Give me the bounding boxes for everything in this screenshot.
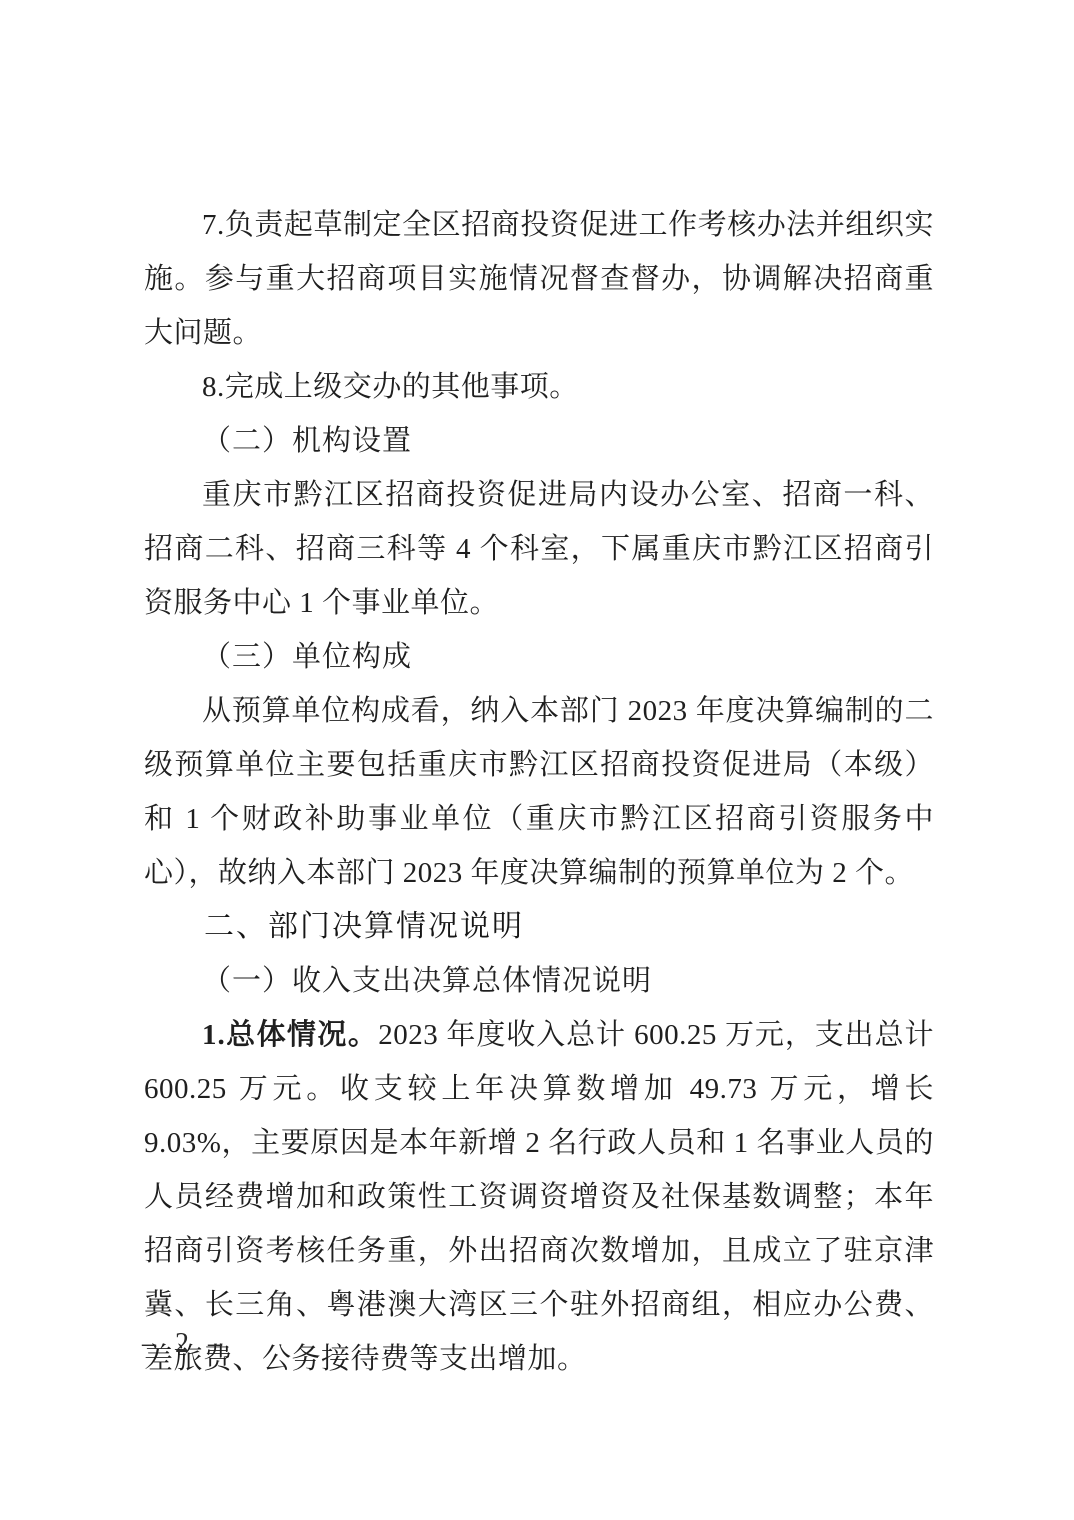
heading-unit-composition: （三）单位构成 — [144, 630, 934, 684]
paragraph-organization-setup: 重庆市黔江区招商投资促进局内设办公室、招商一科、招商二科、招商三科等 4 个科室… — [144, 468, 934, 630]
paragraph-duty-item-8: 8.完成上级交办的其他事项。 — [144, 360, 934, 414]
page-number: – 2 – — [142, 1324, 228, 1364]
heading-income-expenditure-overview: （一）收入支出决算总体情况说明 — [144, 954, 934, 1008]
document-body: 7.负责起草制定全区招商投资促进工作考核办法并组织实施。参与重大招商项目实施情况… — [144, 198, 934, 1386]
paragraph-overall-lead: 1.总体情况。 — [202, 1019, 378, 1051]
paragraph-overall-situation: 1.总体情况。2023 年度收入总计 600.25 万元，支出总计 600.25… — [144, 1008, 934, 1386]
paragraph-unit-composition: 从预算单位构成看，纳入本部门 2023 年度决算编制的二级预算单位主要包括重庆市… — [144, 684, 934, 900]
heading-organization-setup: （二）机构设置 — [144, 414, 934, 468]
paragraph-duty-item-7: 7.负责起草制定全区招商投资促进工作考核办法并组织实施。参与重大招商项目实施情况… — [144, 198, 934, 360]
paragraph-overall-text: 2023 年度收入总计 600.25 万元，支出总计 600.25 万元。收支较… — [144, 1019, 934, 1375]
heading-chapter-final-accounts: 二、部门决算情况说明 — [144, 900, 934, 954]
